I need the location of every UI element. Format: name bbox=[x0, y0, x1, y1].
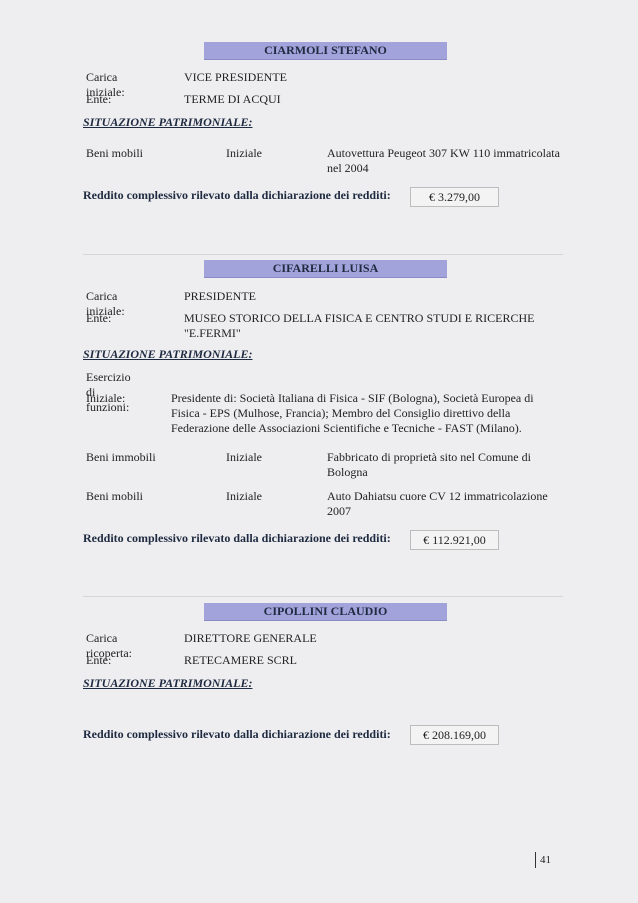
reddito-label: Reddito complessivo rilevato dalla dichi… bbox=[83, 531, 391, 546]
iniziale-line-1: Presidente di: Società Italiana di Fisic… bbox=[171, 391, 534, 406]
asset-phase: Iniziale bbox=[226, 450, 262, 465]
reddito-amount: € 3.279,00 bbox=[410, 187, 499, 207]
separator bbox=[83, 596, 563, 597]
person-header: CIFARELLI LUISA bbox=[204, 260, 447, 278]
ente-value: TERME DI ACQUI bbox=[184, 92, 281, 107]
person-header: CIARMOLI STEFANO bbox=[204, 42, 447, 60]
iniziale-label: Iniziale: bbox=[86, 391, 125, 406]
situazione-heading: SITUAZIONE PATRIMONIALE: bbox=[83, 676, 252, 691]
asset-desc-1: Autovettura Peugeot 307 KW 110 immatrico… bbox=[327, 146, 560, 161]
reddito-label: Reddito complessivo rilevato dalla dichi… bbox=[83, 188, 391, 203]
ente-value-2: "E.FERMI" bbox=[184, 326, 241, 341]
role-value: DIRETTORE GENERALE bbox=[184, 631, 317, 646]
person-header: CIPOLLINI CLAUDIO bbox=[204, 603, 447, 621]
asset-desc-1: Fabbricato di proprietà sito nel Comune … bbox=[327, 450, 531, 465]
role-value: VICE PRESIDENTE bbox=[184, 70, 287, 85]
reddito-label: Reddito complessivo rilevato dalla dichi… bbox=[83, 727, 391, 742]
asset-type: Beni mobili bbox=[86, 489, 143, 504]
asset-desc-2: nel 2004 bbox=[327, 161, 369, 176]
asset-type: Beni mobili bbox=[86, 146, 143, 161]
separator bbox=[83, 254, 563, 255]
iniziale-line-3: Federazione delle Associazioni Scientifi… bbox=[171, 421, 522, 436]
ente-label: Ente: bbox=[86, 311, 111, 326]
ente-label: Ente: bbox=[86, 92, 111, 107]
reddito-amount: € 208.169,00 bbox=[410, 725, 499, 745]
ente-value: RETECAMERE SCRL bbox=[184, 653, 297, 668]
situazione-heading: SITUAZIONE PATRIMONIALE: bbox=[83, 115, 252, 130]
iniziale-line-2: Fisica - EPS (Mulhose, Francia); Membro … bbox=[171, 406, 510, 421]
asset-desc-1: Auto Dahiatsu cuore CV 12 immatricolazio… bbox=[327, 489, 548, 504]
reddito-amount: € 112.921,00 bbox=[410, 530, 499, 550]
asset-type: Beni immobili bbox=[86, 450, 156, 465]
role-value: PRESIDENTE bbox=[184, 289, 256, 304]
asset-desc-2: Bologna bbox=[327, 465, 368, 480]
page-number: 41 bbox=[535, 852, 551, 868]
ente-label: Ente: bbox=[86, 653, 111, 668]
situazione-heading: SITUAZIONE PATRIMONIALE: bbox=[83, 347, 252, 362]
asset-phase: Iniziale bbox=[226, 489, 262, 504]
asset-desc-2: 2007 bbox=[327, 504, 351, 519]
ente-value-1: MUSEO STORICO DELLA FISICA E CENTRO STUD… bbox=[184, 311, 534, 326]
asset-phase: Iniziale bbox=[226, 146, 262, 161]
